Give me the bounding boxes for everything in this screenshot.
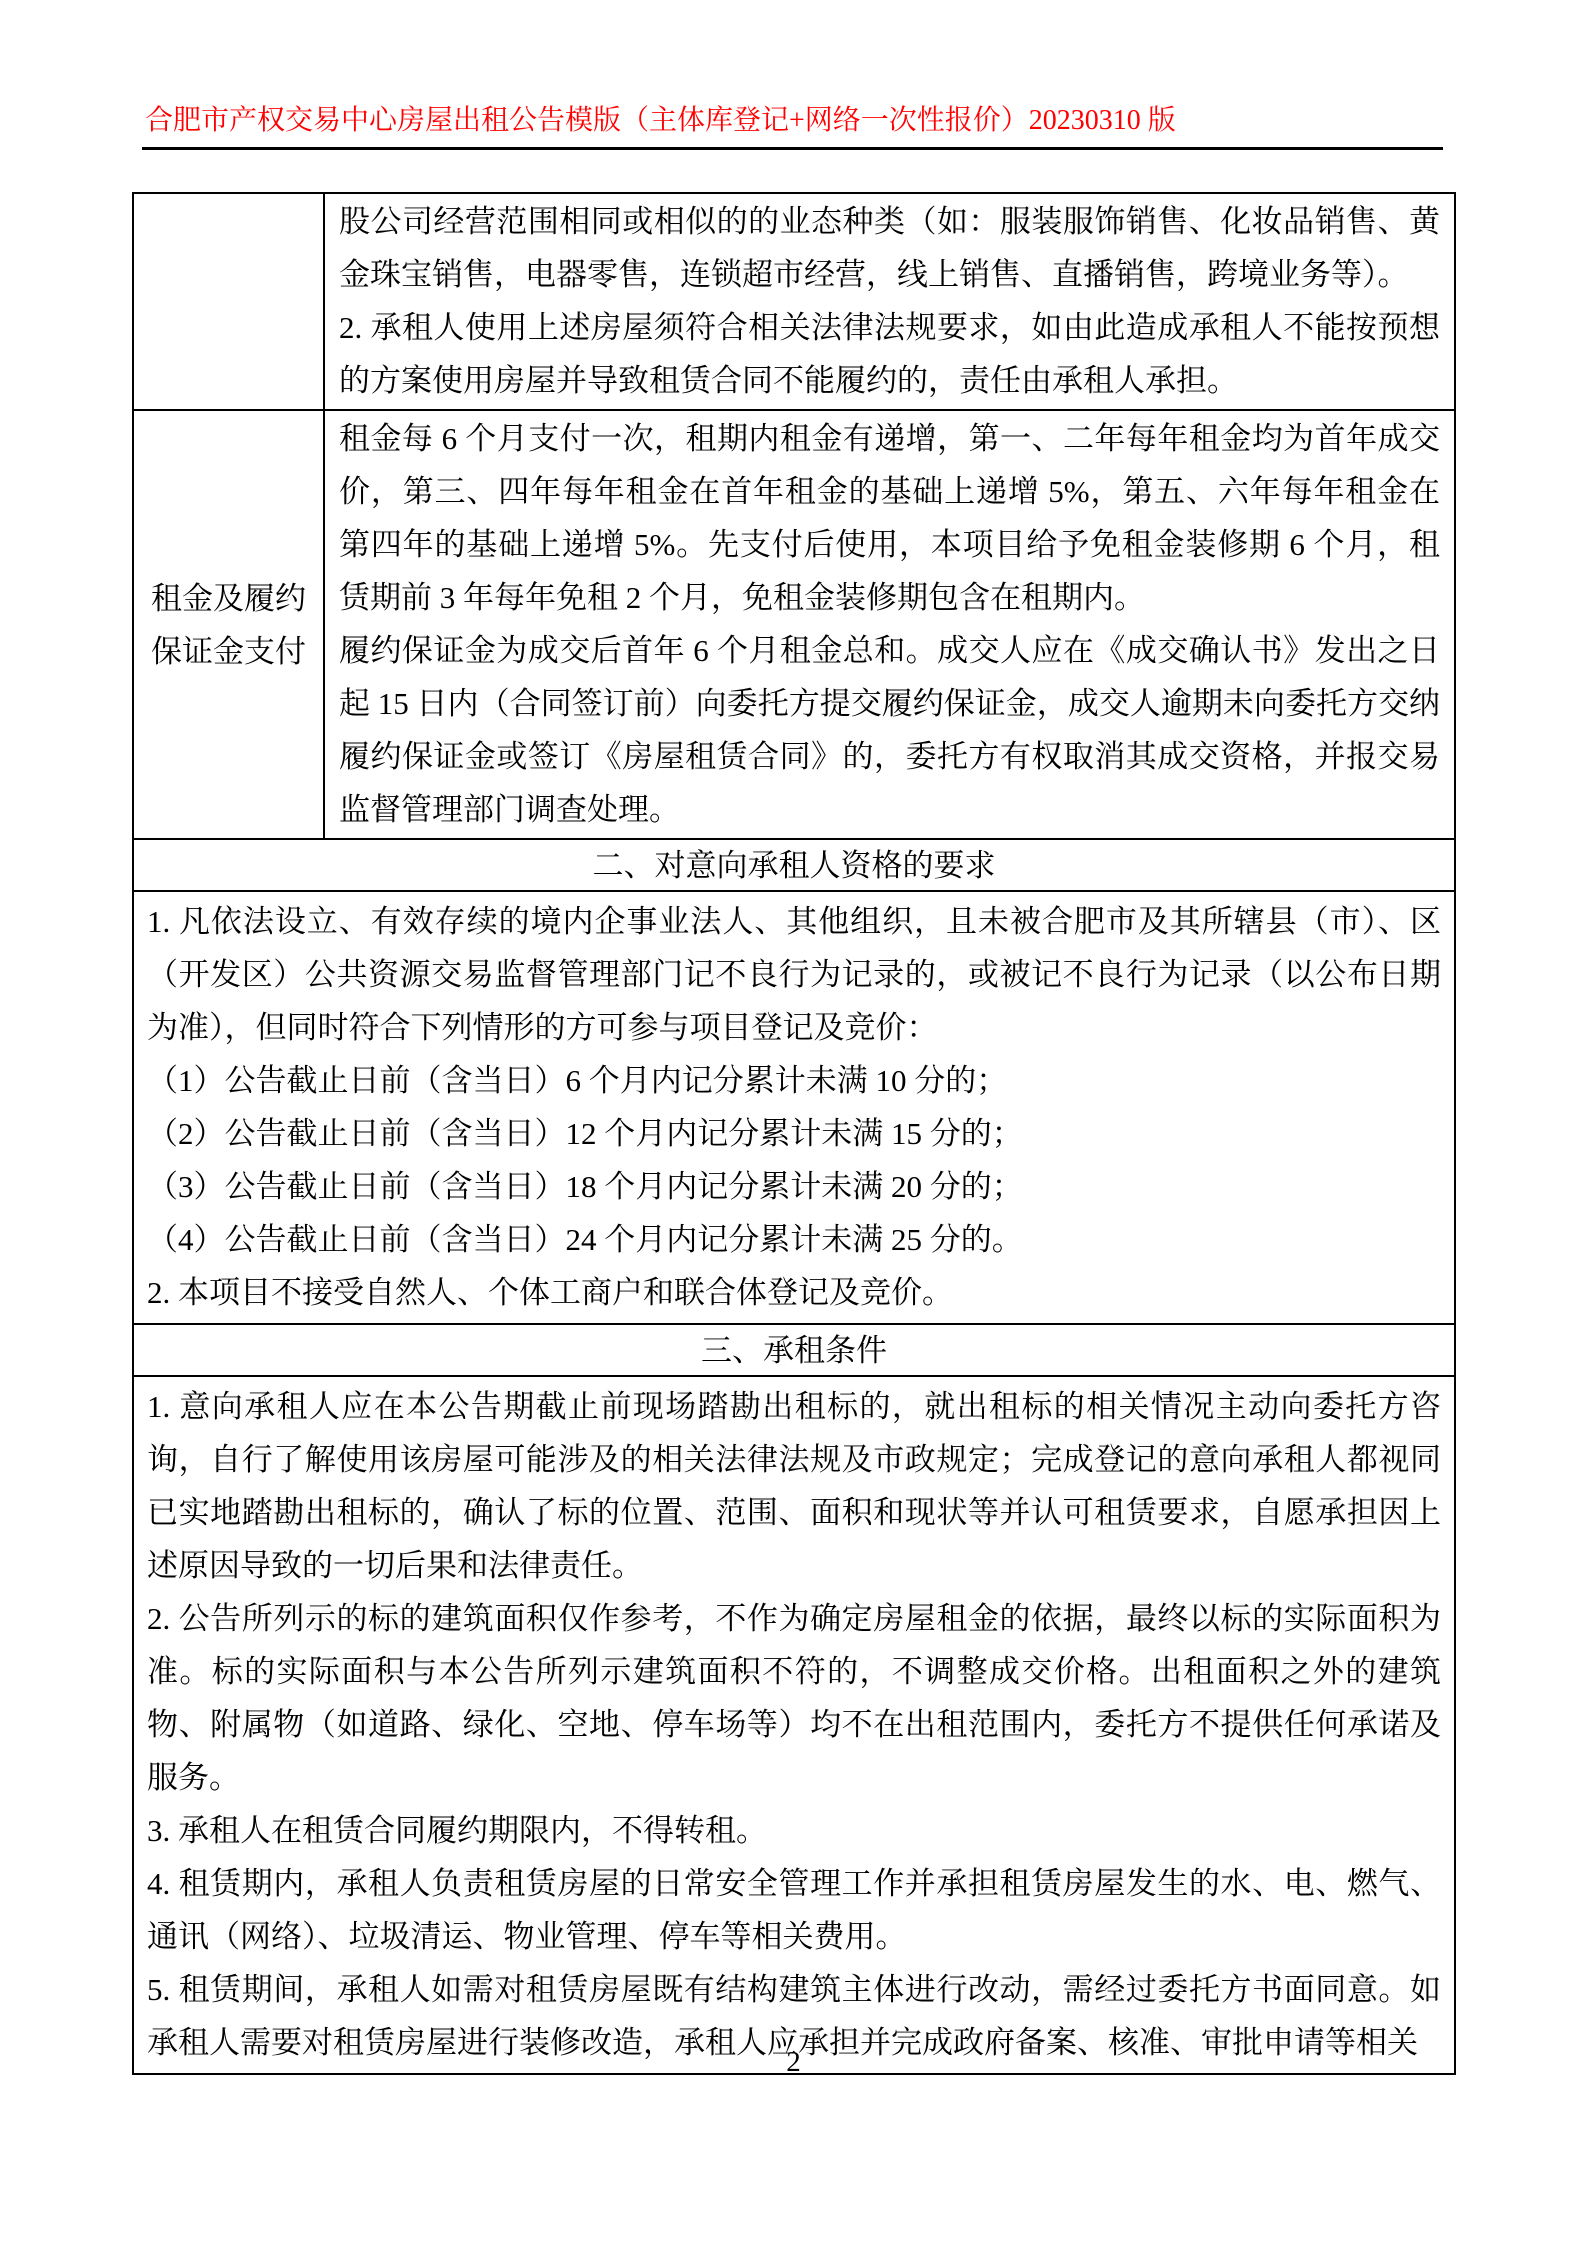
paragraph: （3）公告截止日前（含当日）18 个月内记分累计未满 20 分的；: [147, 1160, 1441, 1213]
rent-deposit-content: 租金每 6 个月支付一次，租期内租金有递增，第一、二年每年租金均为首年成交价，第…: [325, 411, 1454, 838]
paragraph: 股公司经营范围相同或相似的的业态种类（如：服装服饰销售、化妆品销售、黄金珠宝销售…: [339, 195, 1440, 301]
paragraph: （4）公告截止日前（含当日）24 个月内记分累计未满 25 分的。: [147, 1213, 1441, 1266]
paragraph: 1. 凡依法设立、有效存续的境内企事业法人、其他组织，且未被合肥市及其所辖县（市…: [147, 895, 1441, 1054]
paragraph: 2. 公告所列示的标的建筑面积仅作参考，不作为确定房屋租金的依据，最终以标的实际…: [147, 1592, 1441, 1804]
section-heading-tenant-qualification: 二、对意向承租人资格的要求: [134, 838, 1454, 890]
tenant-qualification-content: 1. 凡依法设立、有效存续的境内企事业法人、其他组织，且未被合肥市及其所辖县（市…: [134, 890, 1454, 1323]
paragraph: 租金每 6 个月支付一次，租期内租金有递增，第一、二年每年租金均为首年成交价，第…: [339, 412, 1440, 624]
section-heading-lease-conditions: 三、承租条件: [134, 1323, 1454, 1375]
usage-requirements-content: 股公司经营范围相同或相似的的业态种类（如：服装服饰销售、化妆品销售、黄金珠宝销售…: [325, 194, 1454, 409]
empty-label-cell: [134, 194, 325, 409]
document-page: 合肥市产权交易中心房屋出租公告模版（主体库登记+网络一次性报价）20230310…: [0, 0, 1587, 2245]
paragraph: 3. 承租人在租赁合同履约期限内，不得转租。: [147, 1804, 1441, 1857]
paragraph: （2）公告截止日前（含当日）12 个月内记分累计未满 15 分的；: [147, 1107, 1441, 1160]
paragraph: 1. 意向承租人应在本公告期截止前现场踏勘出租标的，就出租标的相关情况主动向委托…: [147, 1380, 1441, 1592]
document-header-title: 合肥市产权交易中心房屋出租公告模版（主体库登记+网络一次性报价）20230310…: [145, 101, 1176, 141]
paragraph: 2. 本项目不接受自然人、个体工商户和联合体登记及竞价。: [147, 1266, 1441, 1319]
paragraph: 履约保证金为成交后首年 6 个月租金总和。成交人应在《成交确认书》发出之日起 1…: [339, 624, 1440, 836]
header-rule: [142, 147, 1443, 150]
table-row-usage-continued: 股公司经营范围相同或相似的的业态种类（如：服装服饰销售、化妆品销售、黄金珠宝销售…: [134, 194, 1454, 409]
paragraph: 4. 租赁期内，承租人负责租赁房屋的日常安全管理工作并承担租赁房屋发生的水、电、…: [147, 1857, 1441, 1963]
lease-conditions-content: 1. 意向承租人应在本公告期截止前现场踏勘出租标的，就出租标的相关情况主动向委托…: [134, 1375, 1454, 2073]
table-row-rent-payment: 租金及履约保证金支付 租金每 6 个月支付一次，租期内租金有递增，第一、二年每年…: [134, 409, 1454, 838]
paragraph: （1）公告截止日前（含当日）6 个月内记分累计未满 10 分的；: [147, 1054, 1441, 1107]
rent-deposit-label: 租金及履约保证金支付: [134, 411, 325, 838]
page-number: 2: [0, 2046, 1587, 2079]
paragraph: 2. 承租人使用上述房屋须符合相关法律法规要求，如由此造成承租人不能按预想的方案…: [339, 301, 1440, 407]
announcement-table: 股公司经营范围相同或相似的的业态种类（如：服装服饰销售、化妆品销售、黄金珠宝销售…: [132, 192, 1456, 2075]
